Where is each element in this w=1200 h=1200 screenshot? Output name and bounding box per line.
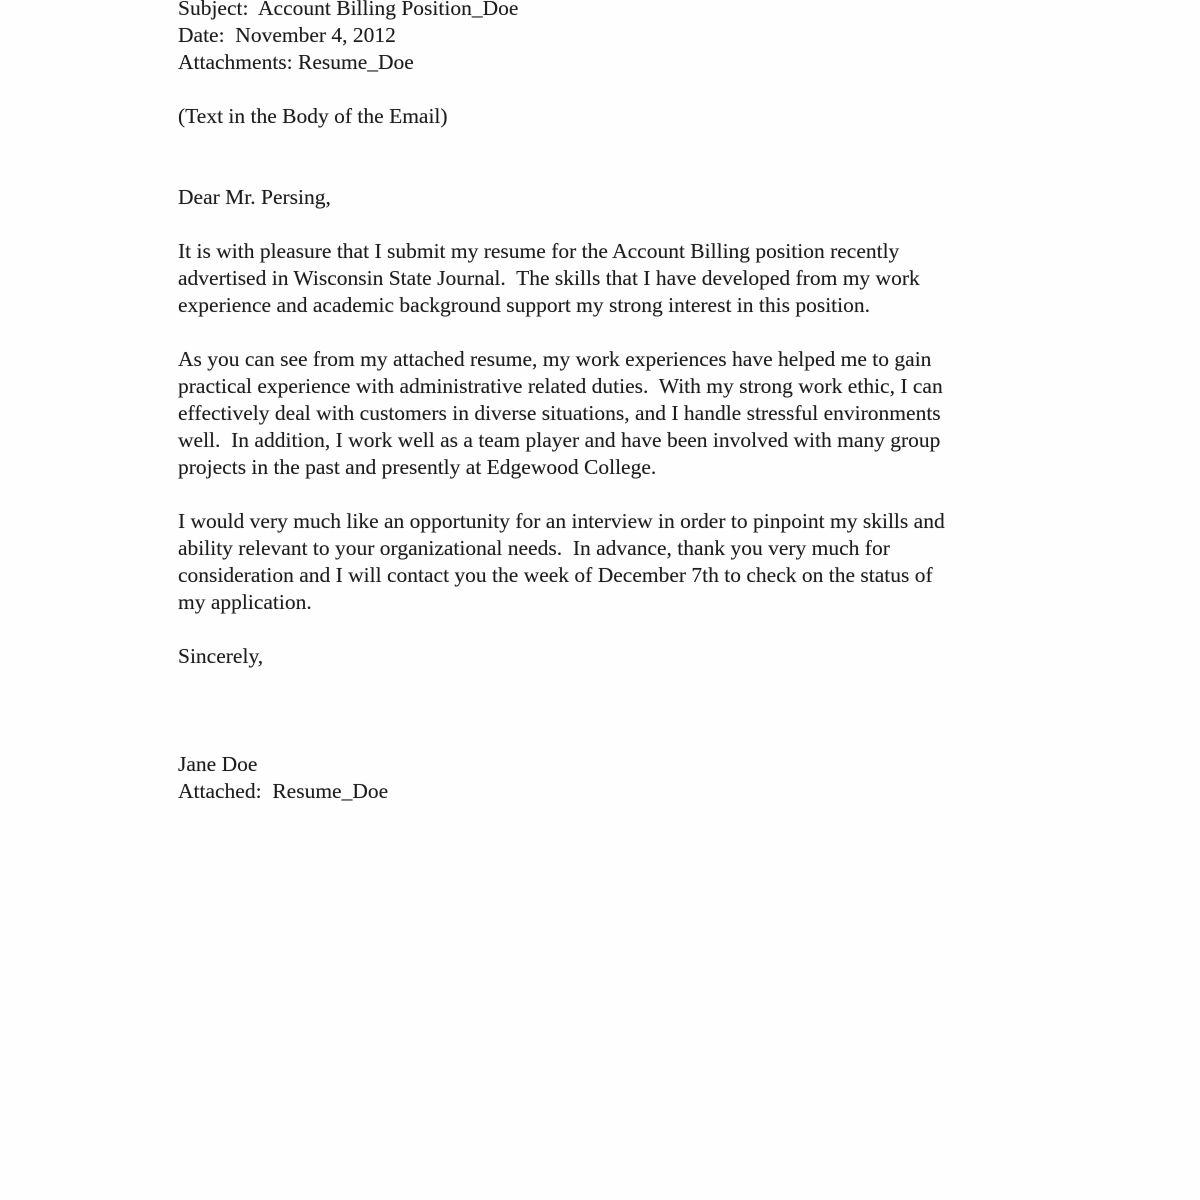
email-header-block: Subject: Account Billing Position_Doe Da…	[178, 0, 1058, 76]
paragraph-2: As you can see from my attached resume, …	[178, 346, 1058, 481]
closing: Sincerely,	[178, 643, 1058, 670]
body-note: (Text in the Body of the Email)	[178, 103, 1058, 130]
email-cover-letter: Subject: Account Billing Position_Doe Da…	[178, 0, 1058, 805]
salutation: Dear Mr. Persing,	[178, 184, 1058, 211]
paragraph-1: It is with pleasure that I submit my res…	[178, 238, 1058, 319]
paragraph-3: I would very much like an opportunity fo…	[178, 508, 1058, 616]
signature-block: Jane Doe Attached: Resume_Doe	[178, 751, 1058, 805]
